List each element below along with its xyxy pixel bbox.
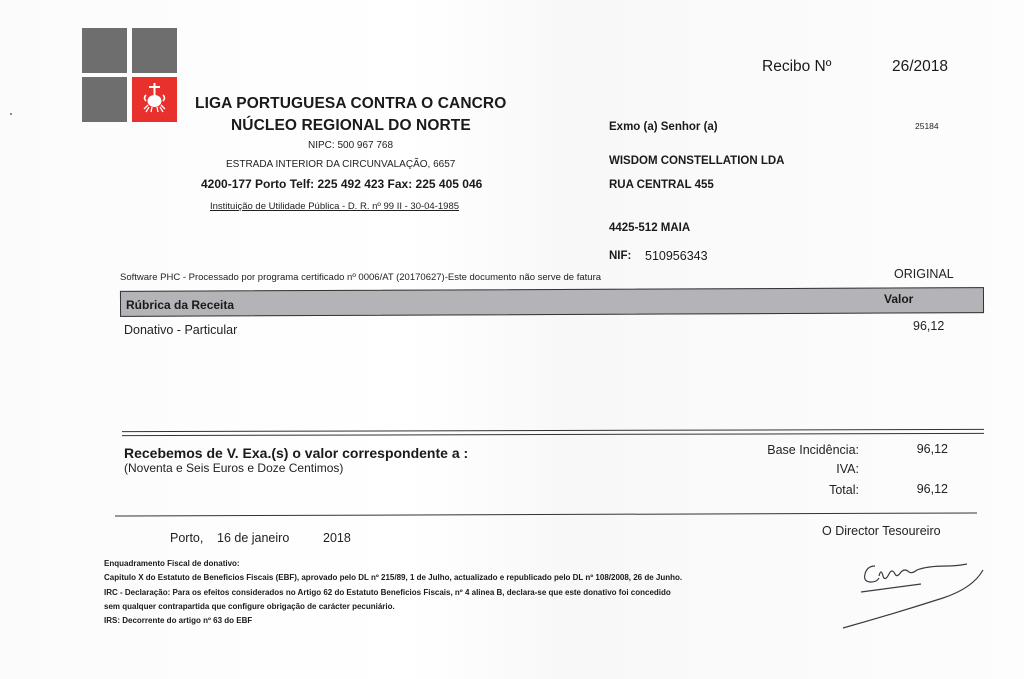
footer-divider (115, 512, 977, 516)
organization-branch: NÚCLEO REGIONAL DO NORTE (231, 117, 471, 135)
crab-cross-emblem-icon (132, 77, 177, 122)
organization-address: ESTRADA INTERIOR DA CIRCUNVALAÇÃO, 6657 (226, 159, 455, 170)
legal-line: Capitulo X do Estatuto de Beneficios Fis… (104, 573, 682, 582)
customer-street: RUA CENTRAL 455 (609, 179, 714, 191)
receipt-document: LIGA PORTUGUESA CONTRA O CANCRO NÚCLEO R… (0, 0, 1024, 679)
customer-nif-value: 510956343 (645, 249, 708, 263)
logo-square-red (132, 77, 177, 122)
logo-square-gray (82, 28, 127, 73)
date-year: 2018 (323, 531, 351, 545)
customer-nif-label: NIF: (609, 250, 631, 262)
organization-name: LIGA PORTUGUESA CONTRA O CANCRO (195, 95, 506, 113)
scan-speck (10, 113, 12, 115)
customer-salutation: Exmo (a) Senhor (a) (609, 121, 718, 133)
receipt-label: Recibo Nº (762, 58, 831, 76)
organization-contact: 4200-177 Porto Telf: 225 492 423 Fax: 22… (201, 177, 482, 191)
column-header-valor: Valor (884, 292, 913, 306)
summary-divider (122, 429, 984, 436)
row-valor: 96,12 (913, 319, 944, 333)
total-label: Total: (739, 483, 859, 497)
customer-postal: 4425-512 MAIA (609, 222, 690, 234)
signatory-title: O Director Tesoureiro (822, 524, 941, 538)
date-day-month: 16 de janeiro (217, 531, 289, 545)
date-city: Porto, (170, 531, 203, 545)
logo-square-gray (82, 77, 127, 122)
total-value: 96,12 (888, 482, 948, 496)
legal-heading: Enquadramento Fiscal de donativo: (104, 559, 240, 568)
organization-institution: Instituição de Utilidade Pública - D. R.… (210, 201, 459, 212)
receipt-number: 26/2018 (892, 58, 948, 76)
customer-name: WISDOM CONSTELLATION LDA (609, 155, 784, 167)
legal-line: sem qualquer contrapartida que configure… (104, 602, 395, 611)
column-header-rubrica: Rúbrica da Receita (126, 298, 234, 312)
legal-line: IRS: Decorrente do artigo nº 63 do EBF (104, 616, 252, 625)
logo-square-gray (132, 28, 177, 73)
base-incidencia-label: Base Incidência: (739, 443, 859, 457)
handwritten-signature (835, 548, 995, 638)
copy-type-label: ORIGINAL (894, 267, 954, 281)
amount-in-words: (Noventa e Seis Euros e Doze Centimos) (124, 461, 343, 475)
organization-nipc: NIPC: 500 967 768 (308, 140, 393, 151)
table-header (120, 287, 984, 317)
legal-line: IRC - Declaração: Para os efeitos consid… (104, 588, 671, 597)
received-statement: Recebemos de V. Exa.(s) o valor correspo… (124, 445, 468, 461)
row-rubrica: Donativo - Particular (124, 323, 237, 337)
base-incidencia-value: 96,12 (888, 442, 948, 456)
iva-label: IVA: (739, 462, 859, 476)
software-certification-note: Software PHC - Processado por programa c… (120, 272, 601, 283)
customer-code: 25184 (915, 121, 939, 131)
